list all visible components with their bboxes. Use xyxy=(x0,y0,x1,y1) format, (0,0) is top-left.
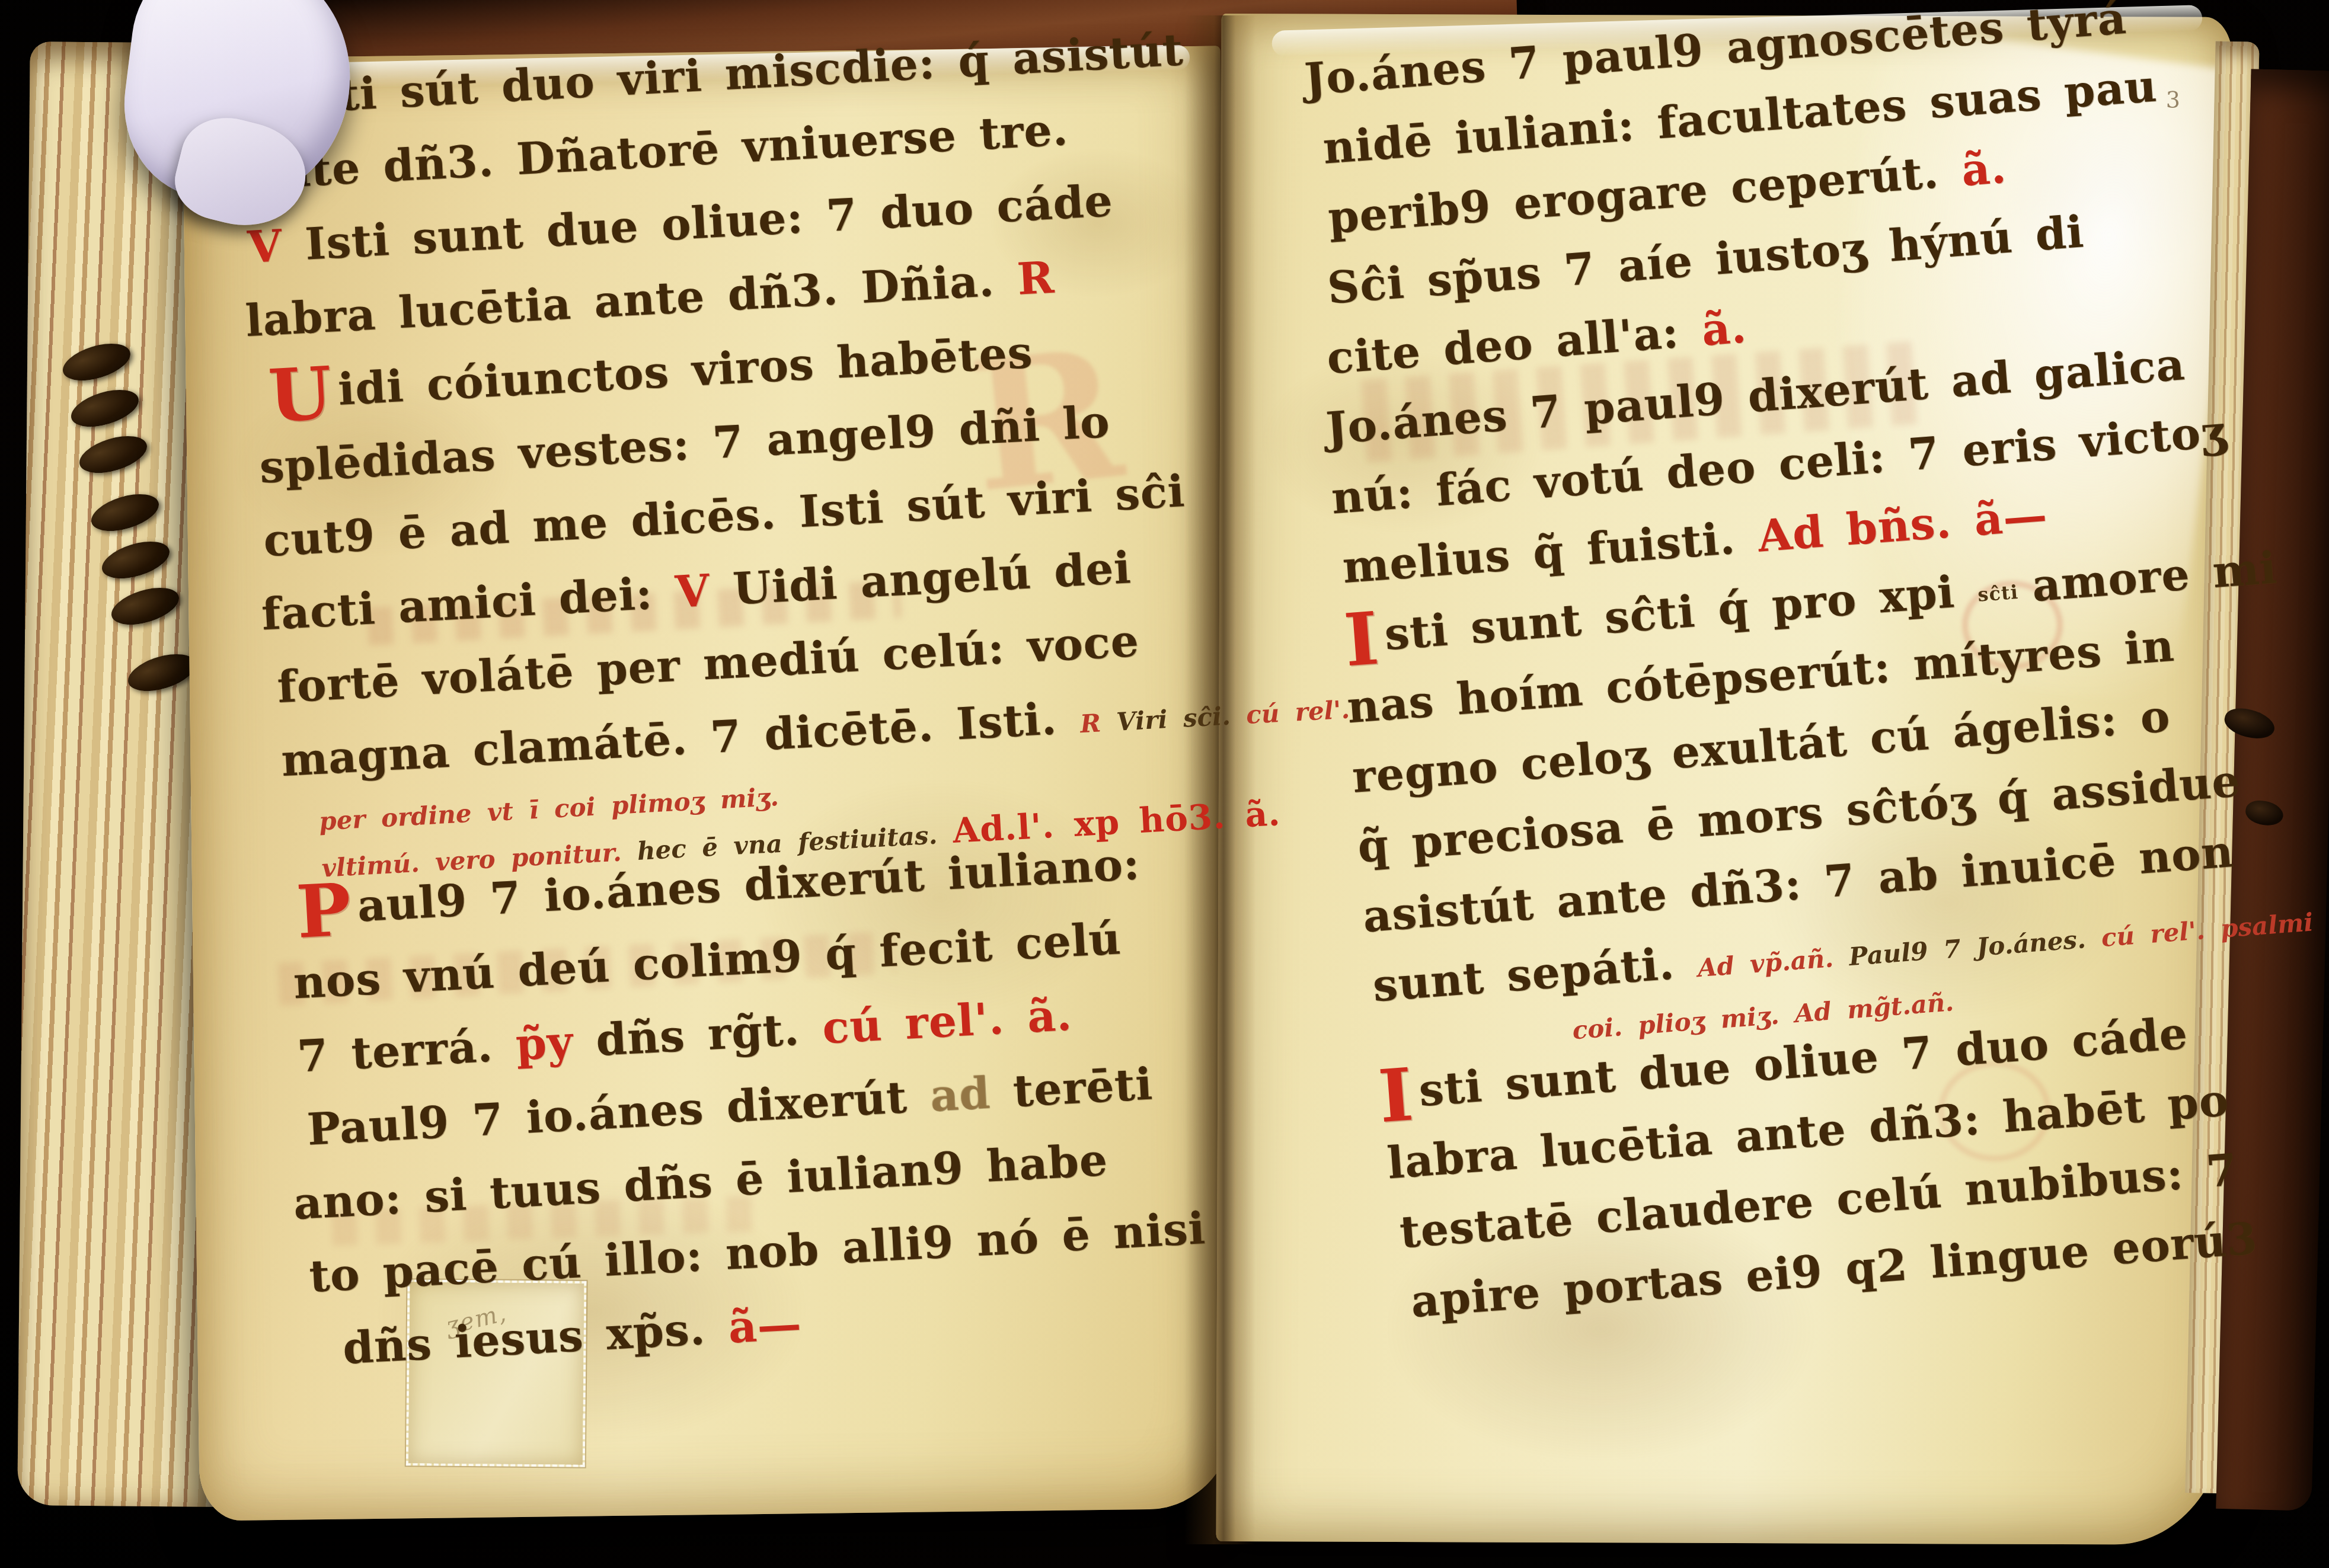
text-segment-rubric-small: cú rel'. xyxy=(1245,695,1350,729)
text-segment-ink-small: Viri sĉi. xyxy=(1116,700,1247,737)
text-segment-rubric: R xyxy=(1016,252,1056,305)
left-page-text-column: Isti sút duo viri miscdie: q́ asistútant… xyxy=(254,23,1290,1398)
text-segment-ink: terēti xyxy=(1012,1059,1154,1118)
text-segment-initial: P xyxy=(295,884,353,937)
text-segment-rubric: ã— xyxy=(727,1298,803,1353)
text-segment-rubric: V xyxy=(674,564,734,618)
manuscript-photo: ʒem, 3 R Isti sút duo viri miscdie: q́ a… xyxy=(0,0,2329,1568)
text-segment-rubric: p̃y xyxy=(515,1015,598,1070)
text-segment-interlinear: sĉti xyxy=(1977,580,2033,606)
text-segment-rubric: ã. xyxy=(1960,142,2008,196)
text-segment-initial: I xyxy=(1343,613,1381,666)
text-segment-rubric-small: Ad vp̃.añ. xyxy=(1697,942,1850,983)
text-segment-rubric: ã. xyxy=(1700,302,1749,356)
right-page-text-column: Jo.ánes 7 paul9 agnoscētes tyránidē iuli… xyxy=(1303,0,2329,1348)
text-segment-rubric: V xyxy=(246,219,306,273)
text-segment-rubric-small: R xyxy=(1079,708,1117,738)
text-segment-initial: I xyxy=(1377,1069,1415,1122)
text-segment-ink-small: Paul9 7 Jo.ánes. xyxy=(1848,923,2102,971)
text-segment-rubric-small: cú rel'. psalmi de xyxy=(2100,904,2329,952)
text-segment-initial: U xyxy=(267,368,334,422)
text-segment-faded: ad xyxy=(929,1066,1015,1121)
